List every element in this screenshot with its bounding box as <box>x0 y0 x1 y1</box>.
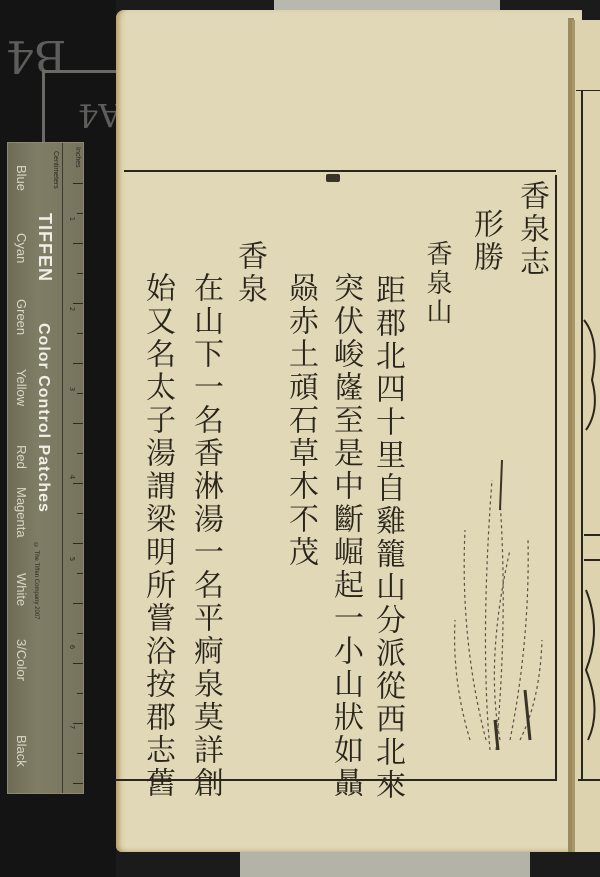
patch-label-blue: Blue <box>14 165 29 191</box>
ruler-scale <box>62 143 83 793</box>
facing-page-illustration <box>574 90 600 870</box>
units-centimeters: Centimeters <box>52 151 59 189</box>
plant-sketch <box>440 440 550 760</box>
text-column-4: 在山下一名香淋湯一名平痾泉莫詳創 <box>190 272 220 800</box>
text-column-1: 距郡北四十里自雞籠山分派從西北來 <box>372 274 402 802</box>
frame-right-rule <box>555 175 557 779</box>
patch-label-cyan: Cyan <box>14 233 29 263</box>
entry-heading-xiangquan-shan: 香泉山 <box>424 240 450 327</box>
text-column-3: 赑赤土頑石草木不茂 <box>285 272 315 569</box>
patch-label-green: Green <box>14 299 29 335</box>
patch-label-3color: 3/Color <box>14 639 29 681</box>
frame-top-rule <box>124 170 556 172</box>
patch-label-white: White <box>14 573 29 606</box>
sheet-label-a4: A4 <box>78 96 121 134</box>
tiffen-logo: TIFFEN <box>34 213 55 282</box>
strip-copyright: © The Tiffen Company 2007 <box>33 543 39 620</box>
patch-label-red: Red <box>14 445 29 469</box>
section-heading: 形勝 <box>470 208 500 274</box>
text-column-5: 始又名太子湯謂梁明所嘗浴按郡志舊 <box>142 272 172 800</box>
patch-label-black: Black <box>14 735 29 767</box>
bottom-paper-tab <box>240 852 530 877</box>
text-column-2: 突伏峻嶐至是中斷崛起一小山狀如贔 <box>330 272 360 800</box>
color-control-strip: Centimeters Inches 1 2 3 4 5 6 7 TIFFEN … <box>7 142 84 794</box>
strip-title: Color Control Patches <box>34 323 52 513</box>
fish-tail-mark <box>326 174 340 182</box>
document-title: 香泉志 <box>516 180 546 279</box>
entry-heading-xiangquan: 香泉 <box>234 240 264 306</box>
patch-label-magenta: Magenta <box>14 487 29 538</box>
patch-label-yellow: Yellow <box>14 369 29 406</box>
